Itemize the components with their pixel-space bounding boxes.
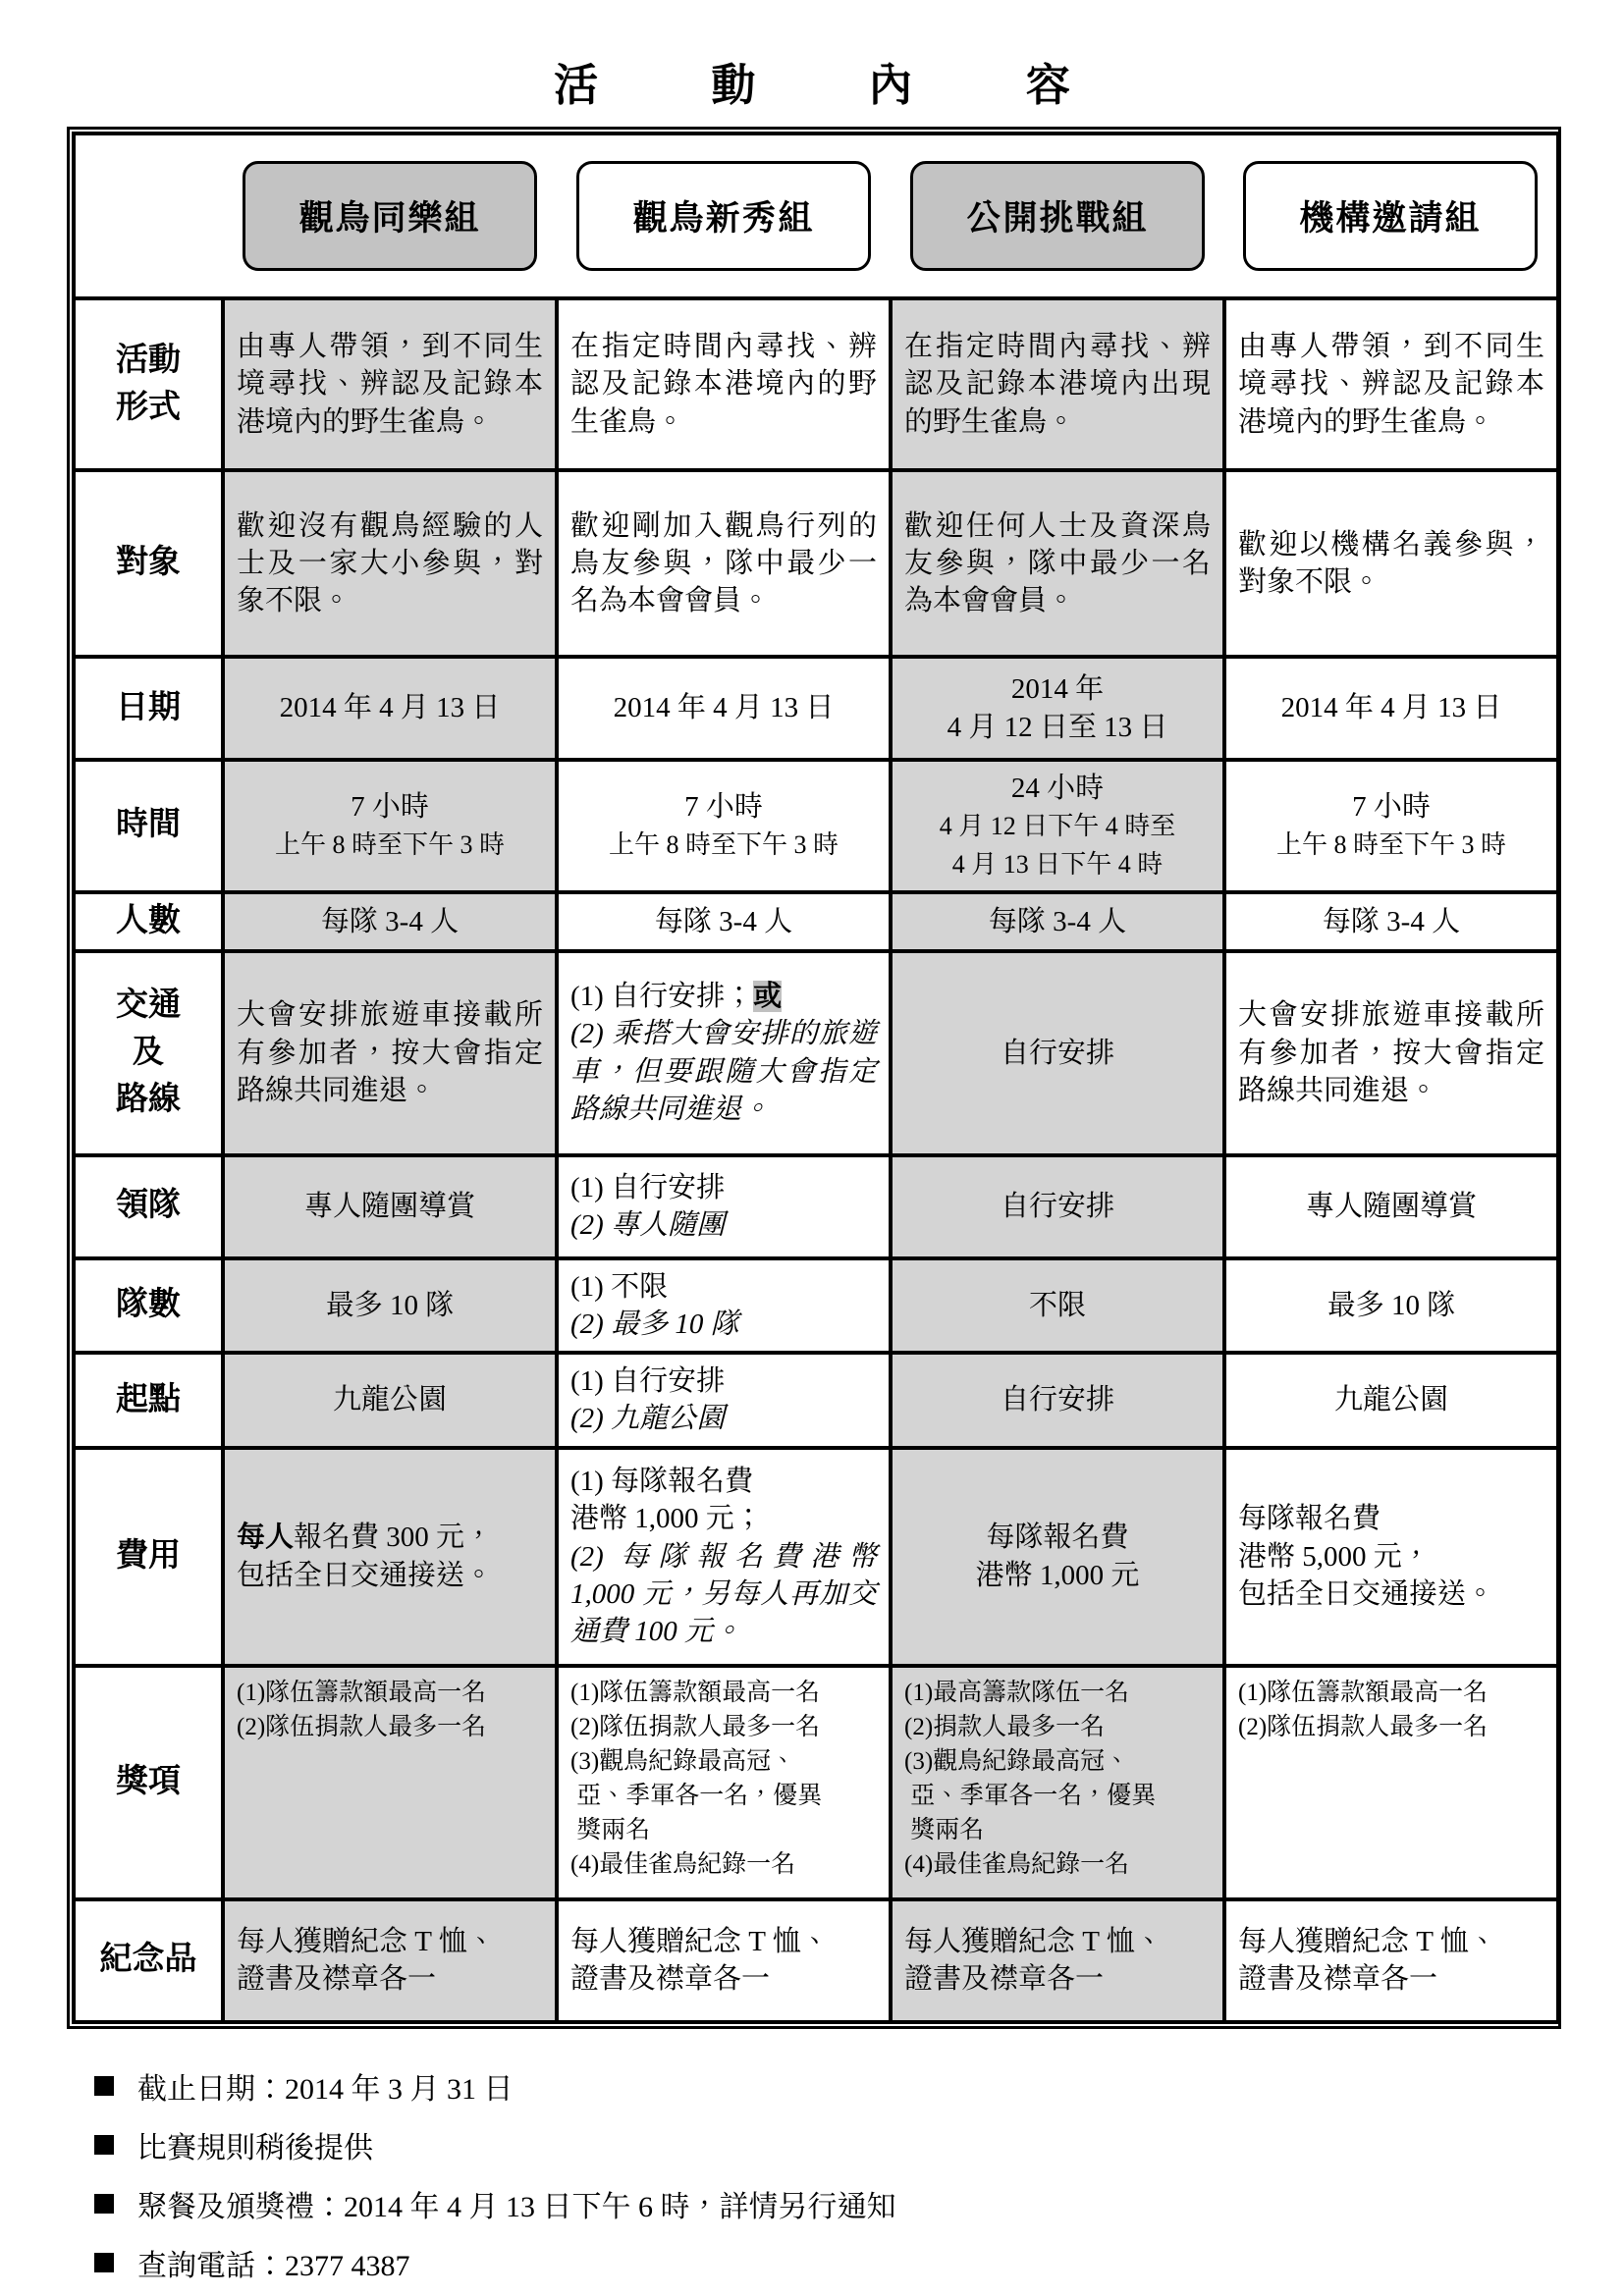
group-header-org-invite: 機構邀請組	[1243, 161, 1538, 271]
footer-note-text: 聚餐及頒獎禮：2014 年 4 月 13 日下午 6 時，詳情另行通知	[137, 2182, 896, 2225]
cell-team-size-col3: 每隊 3-4 人	[891, 892, 1224, 951]
activity-table: 觀鳥同樂組 觀鳥新秀組 公開挑戰組 機構邀請組 活動 形式由專人帶領，到不同生境…	[72, 132, 1560, 2024]
cell-team-size-col2: 每隊 3-4 人	[557, 892, 891, 951]
cell-awards-col4: (1)隊伍籌款額最高一名 (2)隊伍捐款人最多一名	[1224, 1666, 1558, 1899]
footer-note-text: 比賽規則稍後提供	[137, 2123, 373, 2166]
cell-souvenir-col1: 每人獲贈紀念 T 恤、 證書及襟章各一	[223, 1899, 557, 2022]
cell-target-col1: 歡迎沒有觀鳥經驗的人士及一家大小參與，對象不限。	[223, 470, 557, 657]
cell-transport-col4: 大會安排旅遊車接載所有參加者，按大會指定路線共同進退。	[1224, 951, 1558, 1155]
cell-awards-col3: (1)最高籌款隊伍一名 (2)捐款人最多一名 (3)觀鳥紀錄最高冠、 亞、季軍各…	[891, 1666, 1224, 1899]
cell-date-col4: 2014 年 4 月 13 日	[1224, 657, 1558, 760]
cell-leader-col4: 專人隨團導賞	[1224, 1155, 1558, 1258]
row-label-activity-format: 活動 形式	[74, 298, 223, 470]
cell-leader-col3: 自行安排	[891, 1155, 1224, 1258]
cell-souvenir-col4: 每人獲贈紀念 T 恤、 證書及襟章各一	[1224, 1899, 1558, 2022]
cell-awards-col1: (1)隊伍籌款額最高一名 (2)隊伍捐款人最多一名	[223, 1666, 557, 1899]
cell-awards-col2: (1)隊伍籌款額最高一名 (2)隊伍捐款人最多一名 (3)觀鳥紀錄最高冠、 亞、…	[557, 1666, 891, 1899]
table-row-souvenir: 紀念品每人獲贈紀念 T 恤、 證書及襟章各一每人獲贈紀念 T 恤、 證書及襟章各…	[74, 1899, 1558, 2022]
cell-activity-format-col1: 由專人帶領，到不同生境尋找、辨認及記錄本港境內的野生雀鳥。	[223, 298, 557, 470]
cell-leader-col2: (1) 自行安排 (2) 專人隨團	[557, 1155, 891, 1258]
cell-leader-col1: 專人隨團導賞	[223, 1155, 557, 1258]
cell-team-limit-col4: 最多 10 隊	[1224, 1258, 1558, 1354]
row-label-time: 時間	[74, 760, 223, 892]
cell-transport-col1: 大會安排旅遊車接載所有參加者，按大會指定路線共同進退。	[223, 951, 557, 1155]
cell-activity-format-col2: 在指定時間內尋找、辨認及記錄本港境內的野生雀鳥。	[557, 298, 891, 470]
cell-date-col2: 2014 年 4 月 13 日	[557, 657, 891, 760]
cell-time-col1: 7 小時 上午 8 時至下午 3 時	[223, 760, 557, 892]
row-label-target: 對象	[74, 470, 223, 657]
square-bullet-icon	[94, 2135, 114, 2155]
square-bullet-icon	[94, 2253, 114, 2272]
cell-fee-col3: 每隊報名費 港幣 1,000 元	[891, 1448, 1224, 1666]
cell-target-col4: 歡迎以機構名義參與，對象不限。	[1224, 470, 1558, 657]
footer-note-text: 截止日期：2014 年 3 月 31 日	[137, 2064, 514, 2108]
cell-date-col3: 2014 年 4 月 12 日至 13 日	[891, 657, 1224, 760]
cell-transport-col2: (1) 自行安排；或 (2) 乘搭大會安排的旅遊車，但要跟隨大會指定路線共同進退…	[557, 951, 891, 1155]
table-row-awards: 獎項(1)隊伍籌款額最高一名 (2)隊伍捐款人最多一名(1)隊伍籌款額最高一名 …	[74, 1666, 1558, 1899]
header-cell-group3: 公開挑戰組	[891, 133, 1224, 298]
table-row-time: 時間7 小時 上午 8 時至下午 3 時7 小時 上午 8 時至下午 3 時24…	[74, 760, 1558, 892]
header-cell-group2: 觀鳥新秀組	[557, 133, 891, 298]
row-label-souvenir: 紀念品	[74, 1899, 223, 2022]
cell-start-point-col2: (1) 自行安排 (2) 九龍公園	[557, 1353, 891, 1448]
footer-note-deadline: 截止日期：2014 年 3 月 31 日	[94, 2064, 1624, 2108]
header-cell-group1: 觀鳥同樂組	[223, 133, 557, 298]
page-title: 活 動 內 容	[0, 49, 1624, 113]
group-header-row: 觀鳥同樂組 觀鳥新秀組 公開挑戰組 機構邀請組	[74, 133, 1558, 298]
cell-team-limit-col2: (1) 不限 (2) 最多 10 隊	[557, 1258, 891, 1354]
table-row-target: 對象歡迎沒有觀鳥經驗的人士及一家大小參與，對象不限。歡迎剛加入觀鳥行列的鳥友參與…	[74, 470, 1558, 657]
footer-notes: 截止日期：2014 年 3 月 31 日 比賽規則稍後提供 聚餐及頒獎禮：201…	[0, 2064, 1624, 2284]
table-frame: 觀鳥同樂組 觀鳥新秀組 公開挑戰組 機構邀請組 活動 形式由專人帶領，到不同生境…	[67, 127, 1561, 2029]
cell-activity-format-col4: 由專人帶領，到不同生境尋找、辨認及記錄本港境內的野生雀鳥。	[1224, 298, 1558, 470]
row-label-awards: 獎項	[74, 1666, 223, 1899]
cell-fee-col1: 每人報名費 300 元， 包括全日交通接送。	[223, 1448, 557, 1666]
cell-start-point-col4: 九龍公園	[1224, 1353, 1558, 1448]
row-label-start-point: 起點	[74, 1353, 223, 1448]
cell-start-point-col3: 自行安排	[891, 1353, 1224, 1448]
table-row-team-size: 人數每隊 3-4 人每隊 3-4 人每隊 3-4 人每隊 3-4 人	[74, 892, 1558, 951]
cell-transport-col3: 自行安排	[891, 951, 1224, 1155]
table-row-fee: 費用每人報名費 300 元， 包括全日交通接送。(1) 每隊報名費 港幣 1,0…	[74, 1448, 1558, 1666]
header-cell-group4: 機構邀請組	[1224, 133, 1558, 298]
group-header-bird-novice: 觀鳥新秀組	[576, 161, 871, 271]
cell-target-col3: 歡迎任何人士及資深鳥友參與，隊中最少一名為本會會員。	[891, 470, 1224, 657]
cell-fee-col2: (1) 每隊報名費 港幣 1,000 元； (2) 每隊報名費港幣 1,000 …	[557, 1448, 891, 1666]
table-row-activity-format: 活動 形式由專人帶領，到不同生境尋找、辨認及記錄本港境內的野生雀鳥。在指定時間內…	[74, 298, 1558, 470]
table-row-team-limit: 隊數最多 10 隊(1) 不限 (2) 最多 10 隊不限最多 10 隊	[74, 1258, 1558, 1354]
group-header-open-challenge: 公開挑戰組	[910, 161, 1205, 271]
group-header-bird-fun: 觀鳥同樂組	[243, 161, 537, 271]
square-bullet-icon	[94, 2194, 114, 2214]
cell-activity-format-col3: 在指定時間內尋找、辨認及記錄本港境內出現的野生雀鳥。	[891, 298, 1224, 470]
table-row-start-point: 起點九龍公園(1) 自行安排 (2) 九龍公園自行安排九龍公園	[74, 1353, 1558, 1448]
row-label-team-limit: 隊數	[74, 1258, 223, 1354]
footer-note-phone: 查詢電話：2377 4387	[94, 2241, 1624, 2284]
footer-note-rules: 比賽規則稍後提供	[94, 2123, 1624, 2166]
cell-date-col1: 2014 年 4 月 13 日	[223, 657, 557, 760]
row-label-transport: 交通 及 路線	[74, 951, 223, 1155]
cell-time-col2: 7 小時 上午 8 時至下午 3 時	[557, 760, 891, 892]
row-label-leader: 領隊	[74, 1155, 223, 1258]
cell-target-col2: 歡迎剛加入觀鳥行列的鳥友參與，隊中最少一名為本會會員。	[557, 470, 891, 657]
table-row-leader: 領隊專人隨團導賞(1) 自行安排 (2) 專人隨團自行安排專人隨團導賞	[74, 1155, 1558, 1258]
row-label-fee: 費用	[74, 1448, 223, 1666]
cell-souvenir-col2: 每人獲贈紀念 T 恤、 證書及襟章各一	[557, 1899, 891, 2022]
cell-team-size-col1: 每隊 3-4 人	[223, 892, 557, 951]
cell-team-limit-col1: 最多 10 隊	[223, 1258, 557, 1354]
cell-team-size-col4: 每隊 3-4 人	[1224, 892, 1558, 951]
header-corner-cell	[74, 133, 223, 298]
table-row-date: 日期2014 年 4 月 13 日2014 年 4 月 13 日2014 年 4…	[74, 657, 1558, 760]
cell-time-col3: 24 小時 4 月 12 日下午 4 時至 4 月 13 日下午 4 時	[891, 760, 1224, 892]
footer-note-text: 查詢電話：2377 4387	[137, 2241, 410, 2284]
document-page: 活 動 內 容 觀鳥同樂組 觀鳥新秀組	[0, 0, 1624, 2284]
cell-time-col4: 7 小時 上午 8 時至下午 3 時	[1224, 760, 1558, 892]
cell-start-point-col1: 九龍公園	[223, 1353, 557, 1448]
table-row-transport: 交通 及 路線大會安排旅遊車接載所有參加者，按大會指定路線共同進退。(1) 自行…	[74, 951, 1558, 1155]
row-label-date: 日期	[74, 657, 223, 760]
row-label-team-size: 人數	[74, 892, 223, 951]
cell-team-limit-col3: 不限	[891, 1258, 1224, 1354]
cell-souvenir-col3: 每人獲贈紀念 T 恤、 證書及襟章各一	[891, 1899, 1224, 2022]
footer-note-dinner: 聚餐及頒獎禮：2014 年 4 月 13 日下午 6 時，詳情另行通知	[94, 2182, 1624, 2225]
square-bullet-icon	[94, 2076, 114, 2096]
cell-fee-col4: 每隊報名費 港幣 5,000 元， 包括全日交通接送。	[1224, 1448, 1558, 1666]
